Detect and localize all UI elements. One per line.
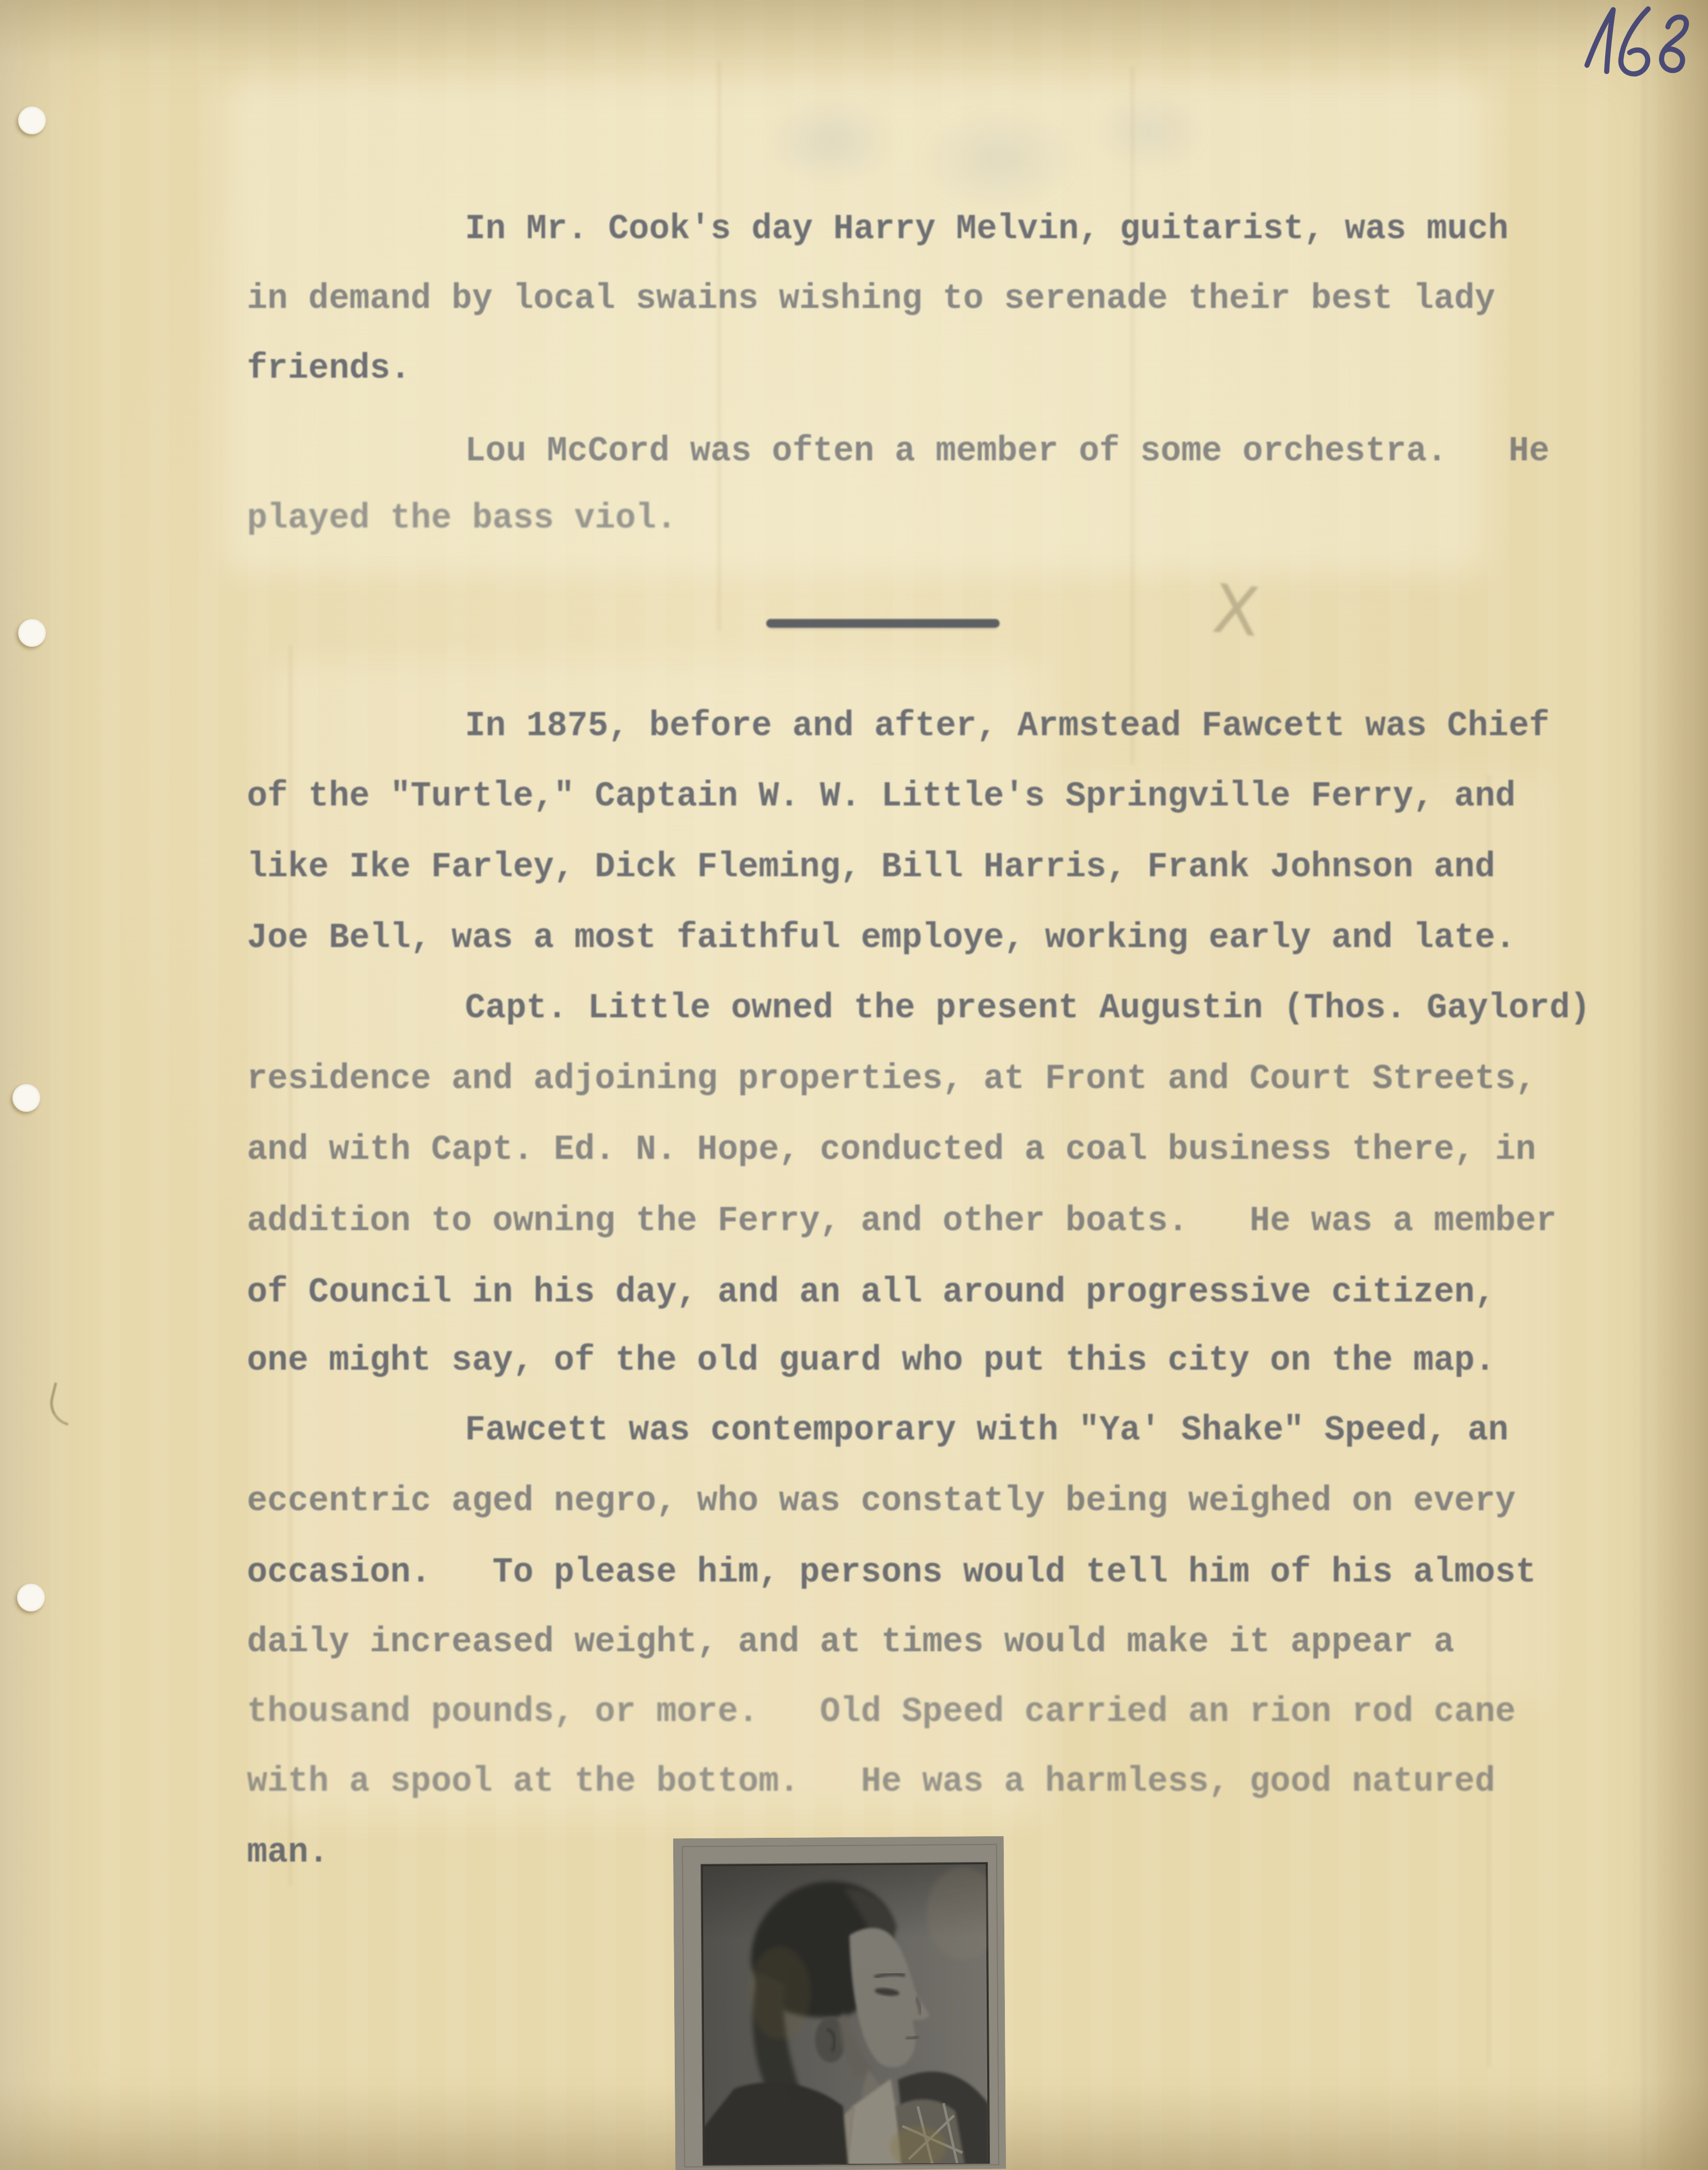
paper-crease	[1643, 0, 1645, 2170]
typed-line: daily increased weight, and at times wou…	[247, 1624, 1454, 1660]
punch-hole	[18, 619, 46, 647]
typed-line: man.	[247, 1834, 329, 1870]
handwritten-page-number	[1573, 0, 1696, 84]
typed-line: Lou McCord was often a member of some or…	[465, 433, 1549, 469]
typed-line: and with Capt. Ed. N. Hope, conducted a …	[247, 1131, 1536, 1167]
typed-line: like Ike Farley, Dick Fleming, Bill Harr…	[247, 849, 1495, 885]
typed-line: thousand pounds, or more. Old Speed carr…	[247, 1694, 1516, 1729]
punch-hole	[12, 1084, 40, 1112]
typed-line: one might say, of the old guard who put …	[247, 1342, 1495, 1378]
portrait	[702, 1863, 1001, 2170]
typed-line: friends.	[247, 350, 411, 386]
typed-line: Fawcett was contemporary with "Ya' Shake…	[465, 1412, 1509, 1448]
typed-line: of the "Turtle," Captain W. W. Little's …	[247, 778, 1516, 814]
pencil-x-mark: X	[1209, 570, 1274, 653]
typed-line: In Mr. Cook's day Harry Melvin, guitaris…	[465, 211, 1509, 246]
punch-hole	[17, 1584, 45, 1611]
typed-line: of Council in his day, and an all around…	[247, 1274, 1495, 1310]
punch-hole	[18, 106, 46, 134]
newspaper-portrait-photo	[673, 1836, 1006, 2170]
typed-divider-rule	[766, 619, 1000, 628]
typed-line: in demand by local swains wishing to ser…	[247, 281, 1495, 316]
typed-line: eccentric aged negro, who was constatly …	[247, 1483, 1516, 1518]
typed-line: occasion. To please him, persons would t…	[247, 1554, 1536, 1590]
scrapbook-page: 168 X In Mr. Cook's day Harry Melvin, gu…	[0, 0, 1708, 2170]
typed-line: residence and adjoining properties, at F…	[247, 1061, 1536, 1096]
typed-line: Capt. Little owned the present Augustin …	[465, 990, 1590, 1026]
fiber-mark	[45, 1383, 77, 1426]
typed-line: addition to owning the Ferry, and other …	[247, 1203, 1557, 1238]
typed-line: played the bass viol.	[247, 500, 677, 536]
typed-line: In 1875, before and after, Armstead Fawc…	[465, 708, 1549, 743]
typed-line: Joe Bell, was a most faithful employe, w…	[247, 920, 1516, 955]
typed-line: with a spool at the bottom. He was a har…	[247, 1763, 1495, 1799]
